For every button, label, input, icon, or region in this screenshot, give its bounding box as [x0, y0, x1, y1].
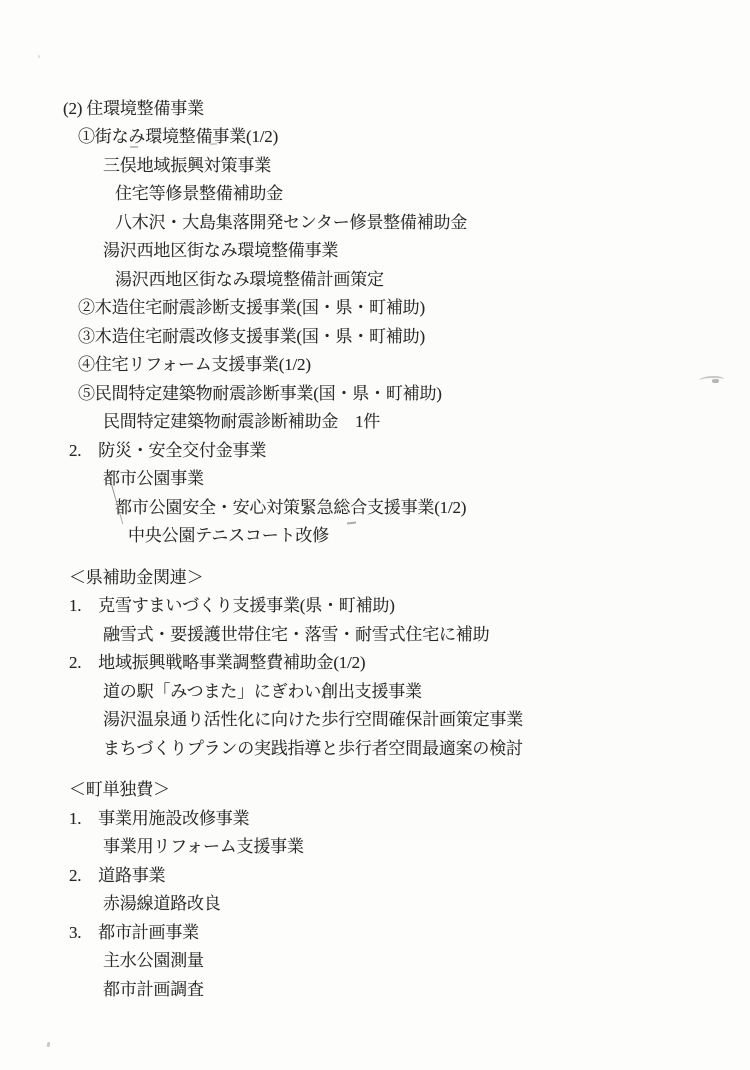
- scanned-page: (2) 住環境整備事業①街なみ環境整備事業(1/2)三俣地域振興対策事業住宅等修…: [0, 0, 750, 1070]
- doc-line: 湯沢温泉通り活性化に向けた歩行空間確保計画策定事業: [0, 704, 750, 733]
- doc-line: 三俣地域振興対策事業: [0, 149, 750, 178]
- doc-line: 主水公園測量: [0, 945, 750, 974]
- doc-line: 住宅等修景整備補助金: [0, 178, 750, 207]
- doc-line: 1. 事業用施設改修事業: [0, 802, 750, 831]
- doc-line: 湯沢西地区街なみ環境整備計画策定: [0, 263, 750, 292]
- doc-line: 都市公園安全・安心対策緊急総合支援事業(1/2): [0, 491, 750, 520]
- doc-line: 民間特定建築物耐震診断補助金 1件: [0, 406, 750, 435]
- doc-line: ＜県補助金関連＞: [0, 561, 750, 590]
- doc-line: 融雪式・要援護世帯住宅・落雪・耐雪式住宅に補助: [0, 618, 750, 647]
- doc-line: 赤湯線道路改良: [0, 888, 750, 917]
- doc-line: 八木沢・大島集落開発センター修景整備補助金: [0, 206, 750, 235]
- doc-line: 3. 都市計画事業: [0, 916, 750, 945]
- doc-line: ⑤民間特定建築物耐震診断事業(国・県・町補助): [0, 377, 750, 406]
- doc-line: まちづくりプランの実践指導と歩行者空間最適案の検討: [0, 732, 750, 761]
- doc-line: ＜町単独費＞: [0, 774, 750, 803]
- scan-artifact-speck: [38, 55, 40, 58]
- doc-line: (2) 住環境整備事業: [0, 92, 750, 121]
- doc-line: ④住宅リフォーム支援事業(1/2): [0, 349, 750, 378]
- doc-line: 2. 道路事業: [0, 859, 750, 888]
- doc-line: 湯沢西地区街なみ環境整備事業: [0, 235, 750, 264]
- scan-artifact-speck: [47, 1042, 50, 1047]
- doc-line: ③木造住宅耐震改修支援事業(国・県・町補助): [0, 320, 750, 349]
- doc-line: 中央公園テニスコート改修: [0, 520, 750, 549]
- doc-line: 1. 克雪すまいづくり支援事業(県・町補助): [0, 590, 750, 619]
- doc-line: 2. 地域振興戦略事業調整費補助金(1/2): [0, 647, 750, 676]
- doc-line: 2. 防災・安全交付金事業: [0, 434, 750, 463]
- doc-line: ①街なみ環境整備事業(1/2): [0, 121, 750, 150]
- doc-line: ②木造住宅耐震診断支援事業(国・県・町補助): [0, 292, 750, 321]
- document-body: (2) 住環境整備事業①街なみ環境整備事業(1/2)三俣地域振興対策事業住宅等修…: [0, 92, 750, 1002]
- doc-line: 都市公園事業: [0, 463, 750, 492]
- doc-line: 都市計画調査: [0, 973, 750, 1002]
- doc-line: 道の駅「みつまた」にぎわい創出支援事業: [0, 675, 750, 704]
- doc-line: 事業用リフォーム支援事業: [0, 831, 750, 860]
